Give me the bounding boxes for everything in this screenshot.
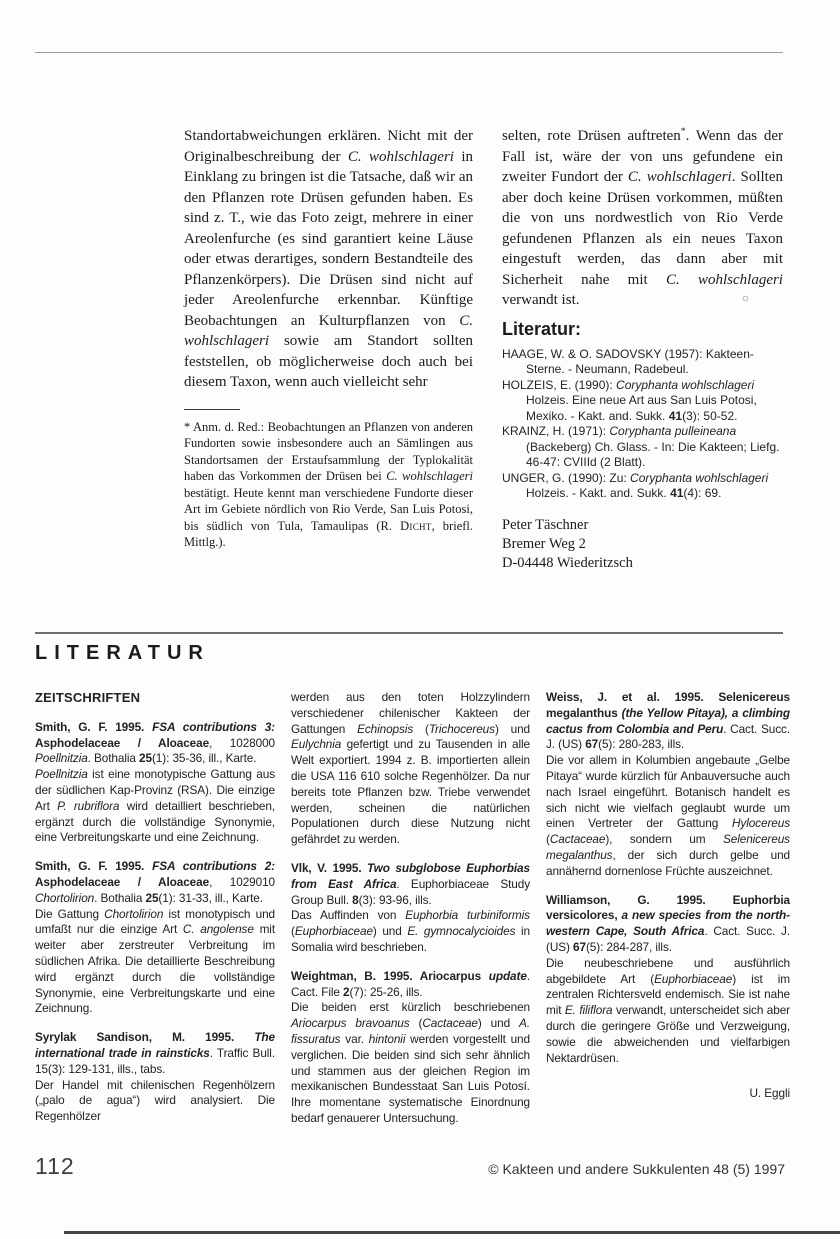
scanned-page: Standortabweichungen erklären. Nicht mit… (0, 0, 840, 1239)
entry-heading: Weightman, B. 1995. Ariocarpus update. C… (291, 969, 530, 1001)
reference-item: KRAINZ, H. (1971): Coryphanta pulleinean… (502, 424, 783, 471)
literature-entry: Smith, G. F. 1995. FSA contributions 3: … (35, 720, 275, 846)
zeitschriften-heading: ZEITSCHRIFTEN (35, 690, 275, 706)
article-column-left: Standortabweichungen erklären. Nicht mit… (184, 126, 473, 551)
entry-heading: Smith, G. F. 1995. FSA contributions 3: … (35, 720, 275, 767)
author-address-block: Peter Täschner Bremer Weg 2 D-04448 Wied… (502, 516, 783, 573)
literature-column-2: werden aus den toten Holzzylindern versc… (291, 690, 530, 1140)
literature-entry: Weightman, B. 1995. Ariocarpus update. C… (291, 969, 530, 1127)
reference-list: HAAGE, W. & O. SADOVSKY (1957): Kakteen-… (502, 347, 783, 502)
entry-review: Poellnitzia ist eine monotypische Gattun… (35, 767, 275, 846)
article-paragraph-right: selten, rote Drüsen auftreten*. Wenn das… (502, 126, 783, 311)
literature-entry: Vlk, V. 1995. Two subglobose Euphorbias … (291, 861, 530, 956)
footnote-rule (184, 409, 240, 410)
reference-item: HOLZEIS, E. (1990): Coryphanta wohlschla… (502, 378, 783, 425)
reference-item: UNGER, G. (1990): Zu: Coryphanta wohlsch… (502, 471, 783, 502)
author-name: Peter Täschner (502, 516, 783, 535)
literatur-heading: Literatur: (502, 319, 783, 340)
article-paragraph-left: Standortabweichungen erklären. Nicht mit… (184, 126, 473, 393)
entry-heading: Williamson, G. 1995. Euphorbia versicolo… (546, 893, 790, 956)
author-city: D-04448 Wiederitzsch (502, 554, 783, 573)
top-rule (35, 52, 783, 53)
author-street: Bremer Weg 2 (502, 535, 783, 554)
footer-page-number: 112 (35, 1153, 75, 1180)
literature-entry: Weiss, J. et al. 1995. Selenicereus mega… (546, 690, 790, 880)
entry-review: Die vor allem in Kolumbien angebaute „Ge… (546, 753, 790, 879)
entry-review: Der Handel mit chilenischen Regenhölzern… (35, 1078, 275, 1125)
entry-heading: Vlk, V. 1995. Two subglobose Euphorbias … (291, 861, 530, 908)
section-divider (35, 632, 783, 634)
literature-section-heading: LITERATUR (35, 642, 210, 665)
entry-heading: Weiss, J. et al. 1995. Selenicereus mega… (546, 690, 790, 753)
entry-review: Die neubeschriebene und ausführlich abge… (546, 956, 790, 1067)
footer-copyright: © Kakteen und andere Sukkulenten 48 (5) … (488, 1161, 785, 1177)
entry-heading: Smith, G. F. 1995. FSA contributions 2: … (35, 859, 275, 906)
entry-heading: Syrylak Sandison, M. 1995. The internati… (35, 1030, 275, 1077)
literature-entry: Syrylak Sandison, M. 1995. The internati… (35, 1030, 275, 1125)
literature-column-3: Weiss, J. et al. 1995. Selenicereus mega… (546, 690, 790, 1102)
literature-entry: Smith, G. F. 1995. FSA contributions 2: … (35, 859, 275, 1017)
literature-column-1: ZEITSCHRIFTEN Smith, G. F. 1995. FSA con… (35, 690, 275, 1138)
entry-review: Die Gattung Chortolirion ist monotypisch… (35, 907, 275, 1018)
entry-review: Das Auffinden von Euphorbia turbiniformi… (291, 908, 530, 955)
entry-review: Die beiden erst kürzlich beschriebenen A… (291, 1000, 530, 1126)
reference-item: HAAGE, W. & O. SADOVSKY (1957): Kakteen-… (502, 347, 783, 378)
continuation-paragraph: werden aus den toten Holzzylindern versc… (291, 690, 530, 848)
reviewer-signature: U. Eggli (546, 1086, 790, 1102)
footnote-block: * Anm. d. Red.: Beobachtungen an Pflanze… (184, 409, 473, 551)
bottom-edge-bar (64, 1231, 840, 1234)
literature-entry: Williamson, G. 1995. Euphorbia versicolo… (546, 893, 790, 1067)
footnote-text: * Anm. d. Red.: Beobachtungen an Pflanze… (184, 419, 473, 551)
article-column-right: selten, rote Drüsen auftreten*. Wenn das… (502, 126, 783, 573)
